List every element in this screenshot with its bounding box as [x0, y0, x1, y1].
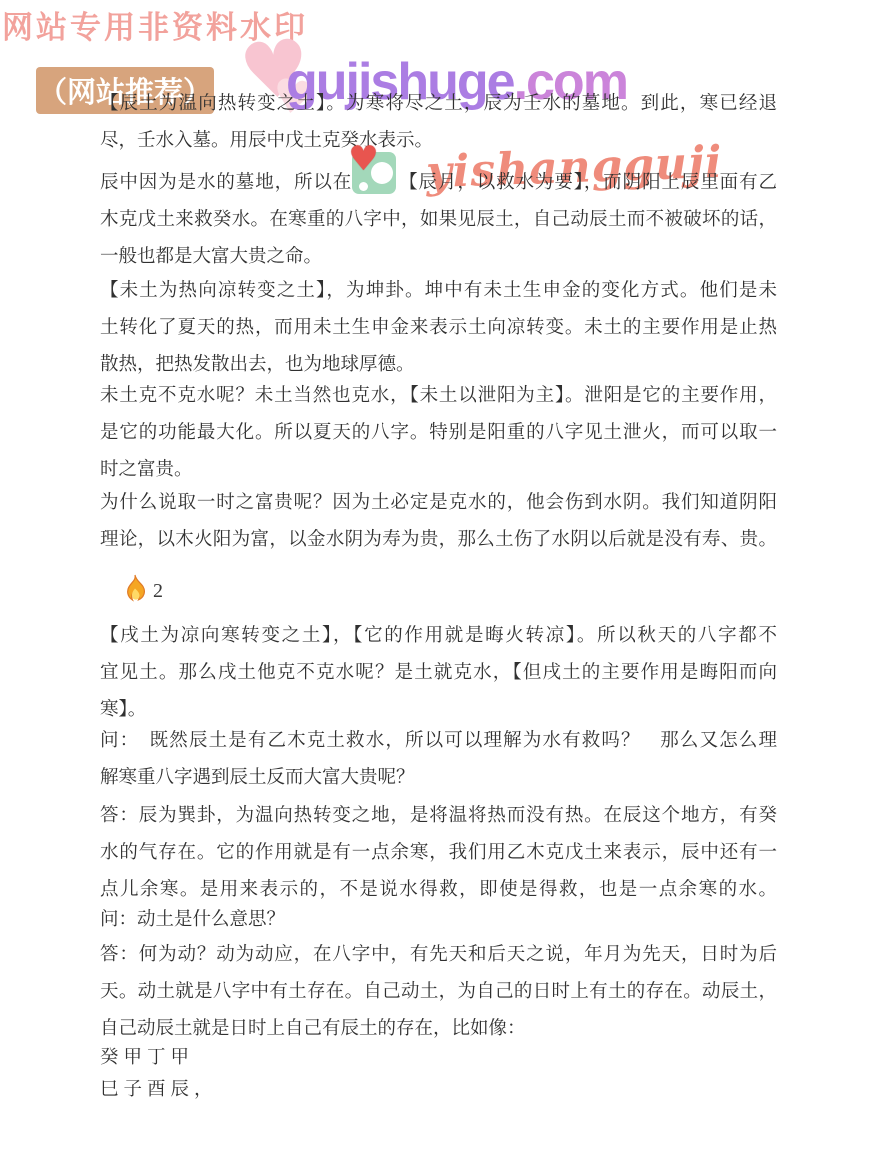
para-question-1: 问： 既然辰土是有乙木克土救水，所以可以理解为水有救吗？ 那么又怎么理解寒重八字… — [100, 723, 777, 797]
text-line: 答：辰为巽卦，为温向热转变之地，是将温将热而没有热。在辰这个地方，有癸 — [100, 798, 777, 835]
para-wei-water: 未土克不克水呢？未土当然也克水，【未土以泄阳为主】。泄阳是它的主要作用，是它的功… — [100, 378, 777, 489]
sticker-background: ♥ — [352, 152, 396, 194]
text-line: 为什么说取一时之富贵呢？因为土必定是克水的，他会伤到水阴。我们知道阴阳 — [100, 485, 777, 522]
para-answer-2: 答：何为动？动为动应，在八字中，有先天和后天之说，年月为先天，日时为后天。动土就… — [100, 937, 777, 1048]
sticker-chat-circle — [371, 162, 393, 184]
text-line: 土转化了夏天的热，而用未土生申金来表示土向凉转变。未土的主要作用是止热 — [100, 310, 777, 347]
para-wealth-question: 为什么说取一时之富贵呢？因为土必定是克水的，他会伤到水阴。我们知道阴阳理论，以木… — [100, 485, 777, 559]
text-line: 是它的功能最大化。所以夏天的八字。特别是阳重的八字见土泄火，而可以取一 — [100, 415, 777, 452]
text-line: 【辰土为温向热转变之土】。为寒将尽之土，辰为壬水的墓地。到此，寒已经退 — [100, 86, 777, 123]
para-chen-earth-intro: 【辰土为温向热转变之土】。为寒将尽之土，辰为壬水的墓地。到此，寒已经退尽，壬水入… — [100, 86, 777, 160]
text-line: 水的气存在。它的作用就是有一点余寒，我们用乙木克戊土来表示，辰中还有一 — [100, 835, 777, 872]
para-wei-earth: 【未土为热向凉转变之土】，为坤卦。坤中有未土生申金的变化方式。他们是未土转化了夏… — [100, 273, 777, 384]
fire-emoji-icon — [120, 574, 150, 602]
sticker-dot — [359, 182, 368, 191]
text-line: 未土克不克水呢？未土当然也克水，【未土以泄阳为主】。泄阳是它的主要作用， — [100, 378, 777, 415]
text-line: 【未土为热向凉转变之土】，为坤卦。坤中有未土生申金的变化方式。他们是未 — [100, 273, 777, 310]
text-segment: 辰中因为是水的墓地，所以在 — [100, 173, 352, 193]
text-line: 【戌土为凉向寒转变之土】，【它的作用就是晦火转凉】。所以秋天的八字都不 — [100, 618, 777, 655]
text-line: 问： 既然辰土是有乙木克土救水，所以可以理解为水有救吗？ 那么又怎么理 — [100, 723, 777, 760]
text-line: 理论，以木火阳为富，以金水阴为寿为贵，那么土伤了水阴以后就是没有寿、贵。 — [100, 522, 777, 559]
text-segment: 【辰月，以救水为要】，而阴阳上辰里面有乙 — [398, 173, 777, 193]
heart-chat-sticker-icon: ♥ — [352, 170, 398, 188]
section-number: 2 — [153, 581, 163, 601]
para-chen-month: 辰中因为是水的墓地，所以在♥【辰月，以救水为要】，而阴阳上辰里面有乙木克戊土来救… — [100, 165, 777, 276]
text-line: 答：何为动？动为动应，在八字中，有先天和后天之说，年月为先天，日时为后 — [100, 937, 777, 974]
para-xu-earth: 【戌土为凉向寒转变之土】，【它的作用就是晦火转凉】。所以秋天的八字都不宜见土。那… — [100, 618, 777, 729]
text-line: 宜见土。那么戌土他克不克水呢？是土就克水，【但戌土的主要作用是晦阳而向 — [100, 655, 777, 692]
text-line: 一般也都是大富大贵之命。 — [100, 239, 777, 276]
text-line: 辰中因为是水的墓地，所以在♥【辰月，以救水为要】，而阴阳上辰里面有乙 — [100, 165, 777, 202]
para-answer-1: 答：辰为巽卦，为温向热转变之地，是将温将热而没有热。在辰这个地方，有癸水的气存在… — [100, 798, 777, 909]
para-question-2: 问：动土是什么意思？ — [100, 902, 777, 939]
document-page: 网站专用非资料水印 （网站推荐） ♥ ♥ gujishuge.com yisha… — [0, 0, 876, 1161]
text-line: 问：动土是什么意思？ — [100, 902, 777, 939]
text-line: 巳子酉辰， — [100, 1072, 777, 1109]
text-line: 木克戊土来救癸水。在寒重的八字中，如果见辰土，自己动辰土而不被破坏的话， — [100, 202, 777, 239]
para-example-branches: 巳子酉辰， — [100, 1072, 777, 1109]
text-line: 尽，壬水入墓。用辰中戊土克癸水表示。 — [100, 123, 777, 160]
text-line: 时之富贵。 — [100, 452, 777, 489]
text-line: 解寒重八字遇到辰土反而大富大贵呢？ — [100, 760, 777, 797]
text-line: 天。动土就是八字中有土存在。自己动土，为自己的日时上有土的存在。动辰土， — [100, 974, 777, 1011]
section-marker: 2 — [120, 574, 163, 602]
